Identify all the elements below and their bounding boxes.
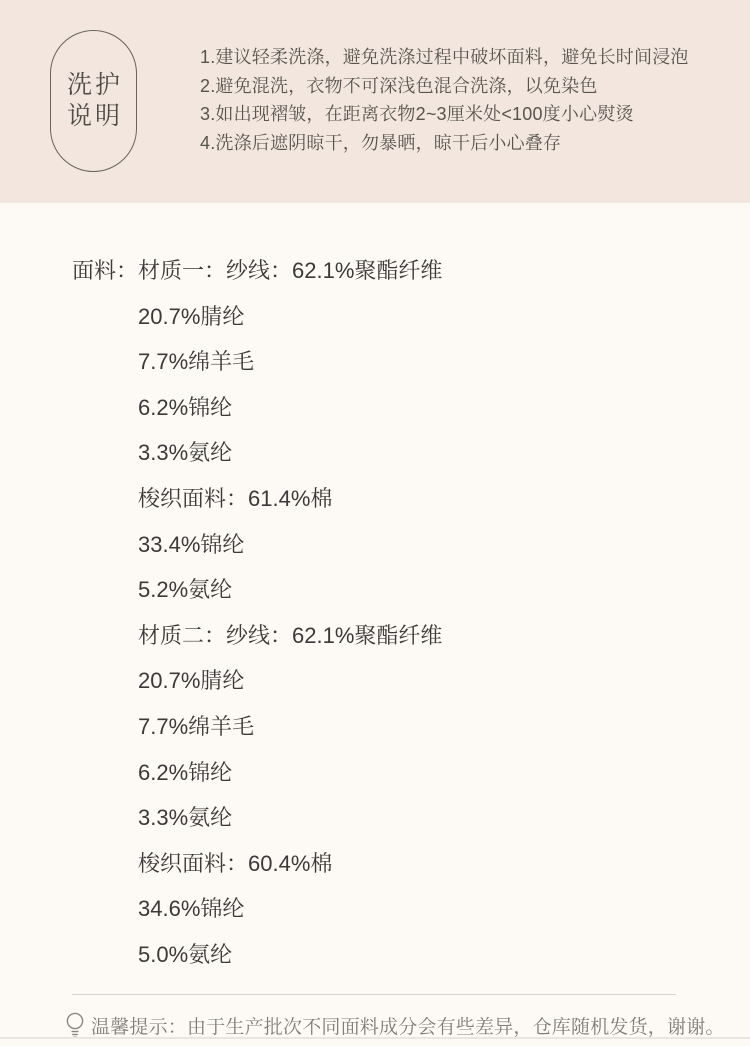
- care-instruction-line: 3.如出现褶皱，在距离衣物2~3厘米处<100度小心熨烫: [200, 100, 689, 129]
- care-badge-line2: 说明: [64, 101, 123, 132]
- fabric-composition-line: 34.6%锦纶: [138, 886, 750, 932]
- care-instructions-section: 洗护 说明 1.建议轻柔洗涤，避免洗涤过程中破坏面料，避免长时间浸泡 2.避免混…: [0, 0, 750, 203]
- fabric-composition-line: 5.0%氨纶: [138, 932, 750, 978]
- care-badge: 洗护 说明: [50, 30, 137, 172]
- fabric-composition-line: 7.7%绵羊毛: [138, 339, 750, 385]
- warm-tip-row: 温馨提示：由于生产批次不同面料成分会有些差异，仓库随机发货，谢谢。: [66, 1012, 750, 1039]
- care-badge-line1: 洗护: [64, 70, 123, 101]
- fabric-composition-line: 20.7%腈纶: [138, 294, 750, 340]
- care-instruction-line: 1.建议轻柔洗涤，避免洗涤过程中破坏面料，避免长时间浸泡: [200, 43, 689, 72]
- fabric-composition-line: 5.2%氨纶: [138, 567, 750, 613]
- lightbulb-icon: [66, 1012, 84, 1039]
- care-instruction-line: 2.避免混洗，衣物不可深浅色混合洗涤，以免染色: [200, 72, 689, 101]
- fabric-composition-line: 梭织面料：61.4%棉: [138, 476, 750, 522]
- fabric-composition-section: 面料： 材质一：纱线：62.1%聚酯纤维 20.7%腈纶 7.7%绵羊毛 6.2…: [0, 203, 750, 1039]
- warm-tip-text: 温馨提示：由于生产批次不同面料成分会有些差异，仓库随机发货，谢谢。: [91, 1012, 725, 1039]
- footer-divider: [72, 994, 676, 995]
- fabric-composition-line: 6.2%锦纶: [138, 385, 750, 431]
- fabric-composition-line: 20.7%腈纶: [138, 658, 750, 704]
- fabric-composition-line: 7.7%绵羊毛: [138, 704, 750, 750]
- bottom-edge-strip: [0, 1037, 750, 1039]
- fabric-composition-line: 梭织面料：60.4%棉: [138, 841, 750, 887]
- fabric-composition-line: 材质一：纱线：62.1%聚酯纤维: [138, 248, 750, 294]
- fabric-block: 面料： 材质一：纱线：62.1%聚酯纤维 20.7%腈纶 7.7%绵羊毛 6.2…: [0, 248, 750, 978]
- fabric-composition-line: 3.3%氨纶: [138, 430, 750, 476]
- care-instruction-line: 4.洗涤后遮阴晾干，勿暴晒，晾干后小心叠存: [200, 129, 689, 158]
- fabric-composition-line: 3.3%氨纶: [138, 795, 750, 841]
- fabric-composition-list: 材质一：纱线：62.1%聚酯纤维 20.7%腈纶 7.7%绵羊毛 6.2%锦纶 …: [138, 248, 750, 978]
- product-care-page: 洗护 说明 1.建议轻柔洗涤，避免洗涤过程中破坏面料，避免长时间浸泡 2.避免混…: [0, 0, 750, 1046]
- fabric-composition-line: 材质二：纱线：62.1%聚酯纤维: [138, 613, 750, 659]
- fabric-composition-line: 33.4%锦纶: [138, 522, 750, 568]
- care-instruction-list: 1.建议轻柔洗涤，避免洗涤过程中破坏面料，避免长时间浸泡 2.避免混洗，衣物不可…: [200, 43, 689, 158]
- fabric-label: 面料：: [72, 248, 138, 294]
- fabric-composition-line: 6.2%锦纶: [138, 750, 750, 796]
